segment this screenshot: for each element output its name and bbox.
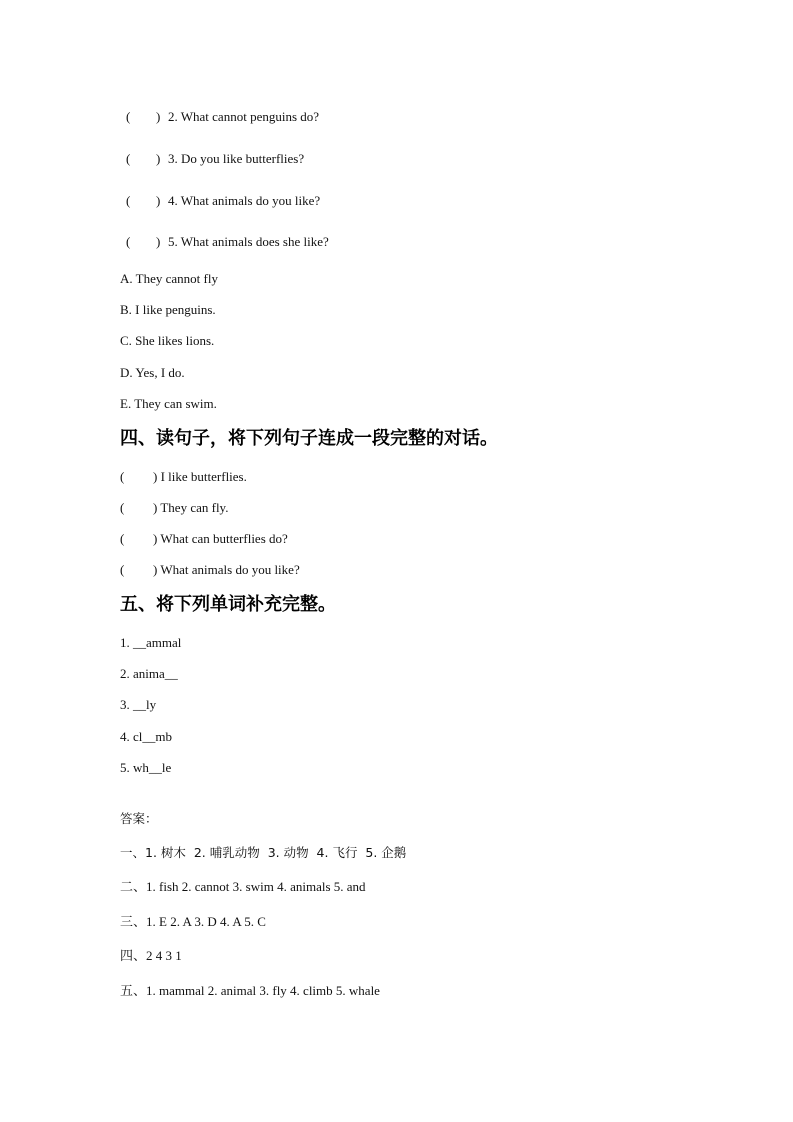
answers-title: 答案：: [120, 811, 158, 827]
answer-blank-open: (: [120, 562, 153, 578]
answer-line: 五、1. mammal 2. animal 3. fly 4. climb 5.…: [120, 983, 380, 999]
item-text: I like butterflies.: [157, 469, 247, 484]
answer-blank-close: ): [156, 109, 168, 125]
item-text: What animals do you like?: [157, 562, 299, 577]
answer-line: 四、2 4 3 1: [120, 948, 182, 964]
answer-blank-open: (: [126, 234, 156, 250]
question-text: 3. Do you like butterflies?: [168, 151, 304, 166]
answer-line: 三、1. E 2. A 3. D 4. A 5. C: [120, 914, 266, 930]
answer-blank-open: (: [126, 193, 156, 209]
word-item: 4. cl__mb: [120, 729, 172, 745]
item-text: What can butterflies do?: [157, 531, 287, 546]
answer-blank-open: (: [120, 469, 153, 485]
order-item: () What can butterflies do?: [120, 531, 288, 547]
order-item: () They can fly.: [120, 500, 228, 516]
match-option: B. I like penguins.: [120, 302, 216, 318]
match-question: ()5. What animals does she like?: [126, 234, 329, 250]
answer-blank-open: (: [120, 531, 153, 547]
word-item: 5. wh__le: [120, 760, 171, 776]
word-item: 1. __ammal: [120, 635, 181, 651]
match-question: ()3. Do you like butterflies?: [126, 151, 304, 167]
answer-blank-open: (: [126, 109, 156, 125]
section-heading: 五、将下列单词补充完整。: [120, 594, 336, 616]
answer-blank-close: ): [156, 193, 168, 209]
document-page: ()2. What cannot penguins do? ()3. Do yo…: [0, 0, 793, 1122]
answer-line: 二、1. fish 2. cannot 3. swim 4. animals 5…: [120, 879, 366, 895]
word-item: 3. __ly: [120, 697, 156, 713]
question-text: 5. What animals does she like?: [168, 234, 329, 249]
answer-line: 一、1. 树木 2. 哺乳动物 3. 动物 4. 飞行 5. 企鹅: [120, 845, 406, 861]
question-text: 2. What cannot penguins do?: [168, 109, 319, 124]
answer-blank-close: ): [156, 151, 168, 167]
item-text: They can fly.: [157, 500, 228, 515]
question-text: 4. What animals do you like?: [168, 193, 320, 208]
word-item: 2. anima__: [120, 666, 178, 682]
order-item: () I like butterflies.: [120, 469, 247, 485]
section-heading: 四、读句子，将下列句子连成一段完整的对话。: [120, 428, 498, 450]
match-question: ()4. What animals do you like?: [126, 193, 320, 209]
match-option: C. She likes lions.: [120, 333, 214, 349]
answer-blank-close: ): [156, 234, 168, 250]
answer-blank-open: (: [126, 151, 156, 167]
order-item: () What animals do you like?: [120, 562, 300, 578]
answer-blank-open: (: [120, 500, 153, 516]
match-question: ()2. What cannot penguins do?: [126, 109, 319, 125]
match-option: D. Yes, I do.: [120, 365, 185, 381]
match-option: E. They can swim.: [120, 396, 217, 412]
match-option: A. They cannot fly: [120, 271, 218, 287]
